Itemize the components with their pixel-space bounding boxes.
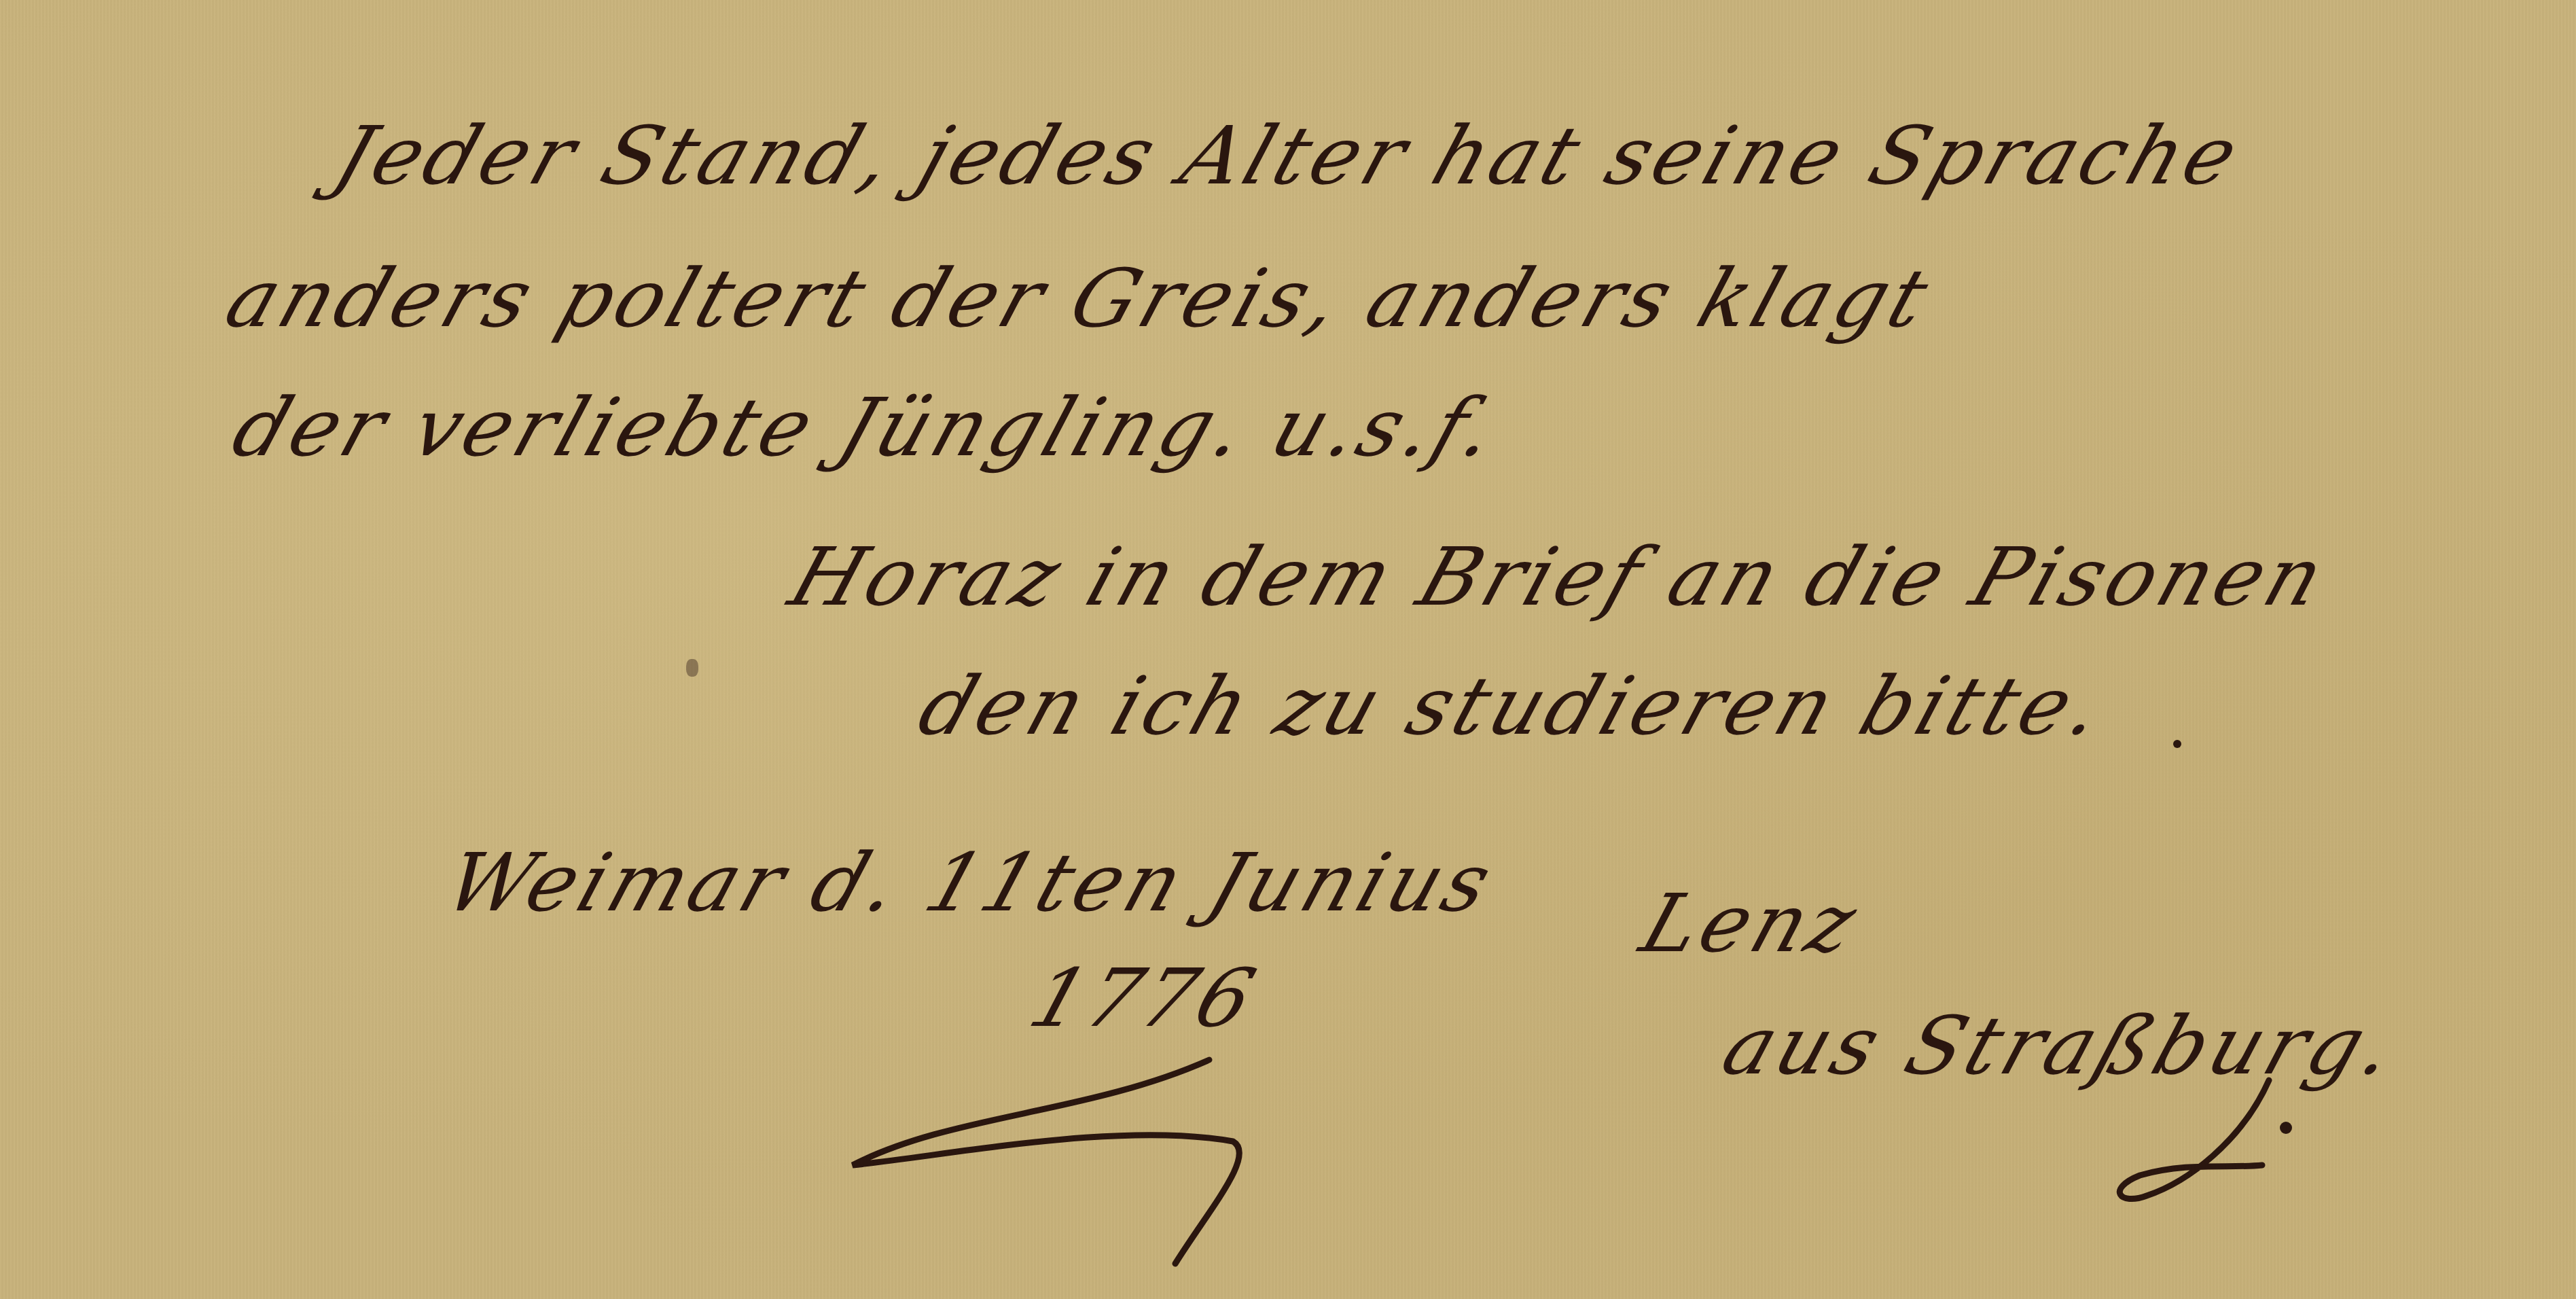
signature-origin: aus Straßburg. — [1712, 999, 2410, 1092]
paper-blemish — [686, 659, 698, 677]
body-line-3: der verliebte Jüngling. u.s.f. — [224, 387, 1509, 467]
body-line-2: anders poltert der Greis, anders klagt — [217, 258, 1941, 338]
body-line-5: den ich zu studieren bitte. — [910, 666, 2116, 746]
dateline-place-day: Weimar d. 11ten Junius — [435, 836, 1506, 929]
signature-name: Lenz — [1630, 876, 1872, 970]
body-line-1: Jeder Stand, jedes Alter hat seine Sprac… — [326, 115, 2251, 196]
body-line-4: Horaz in dem Brief an die Pisonen — [781, 537, 2337, 617]
dateline-year: 1776 — [1019, 951, 1270, 1045]
